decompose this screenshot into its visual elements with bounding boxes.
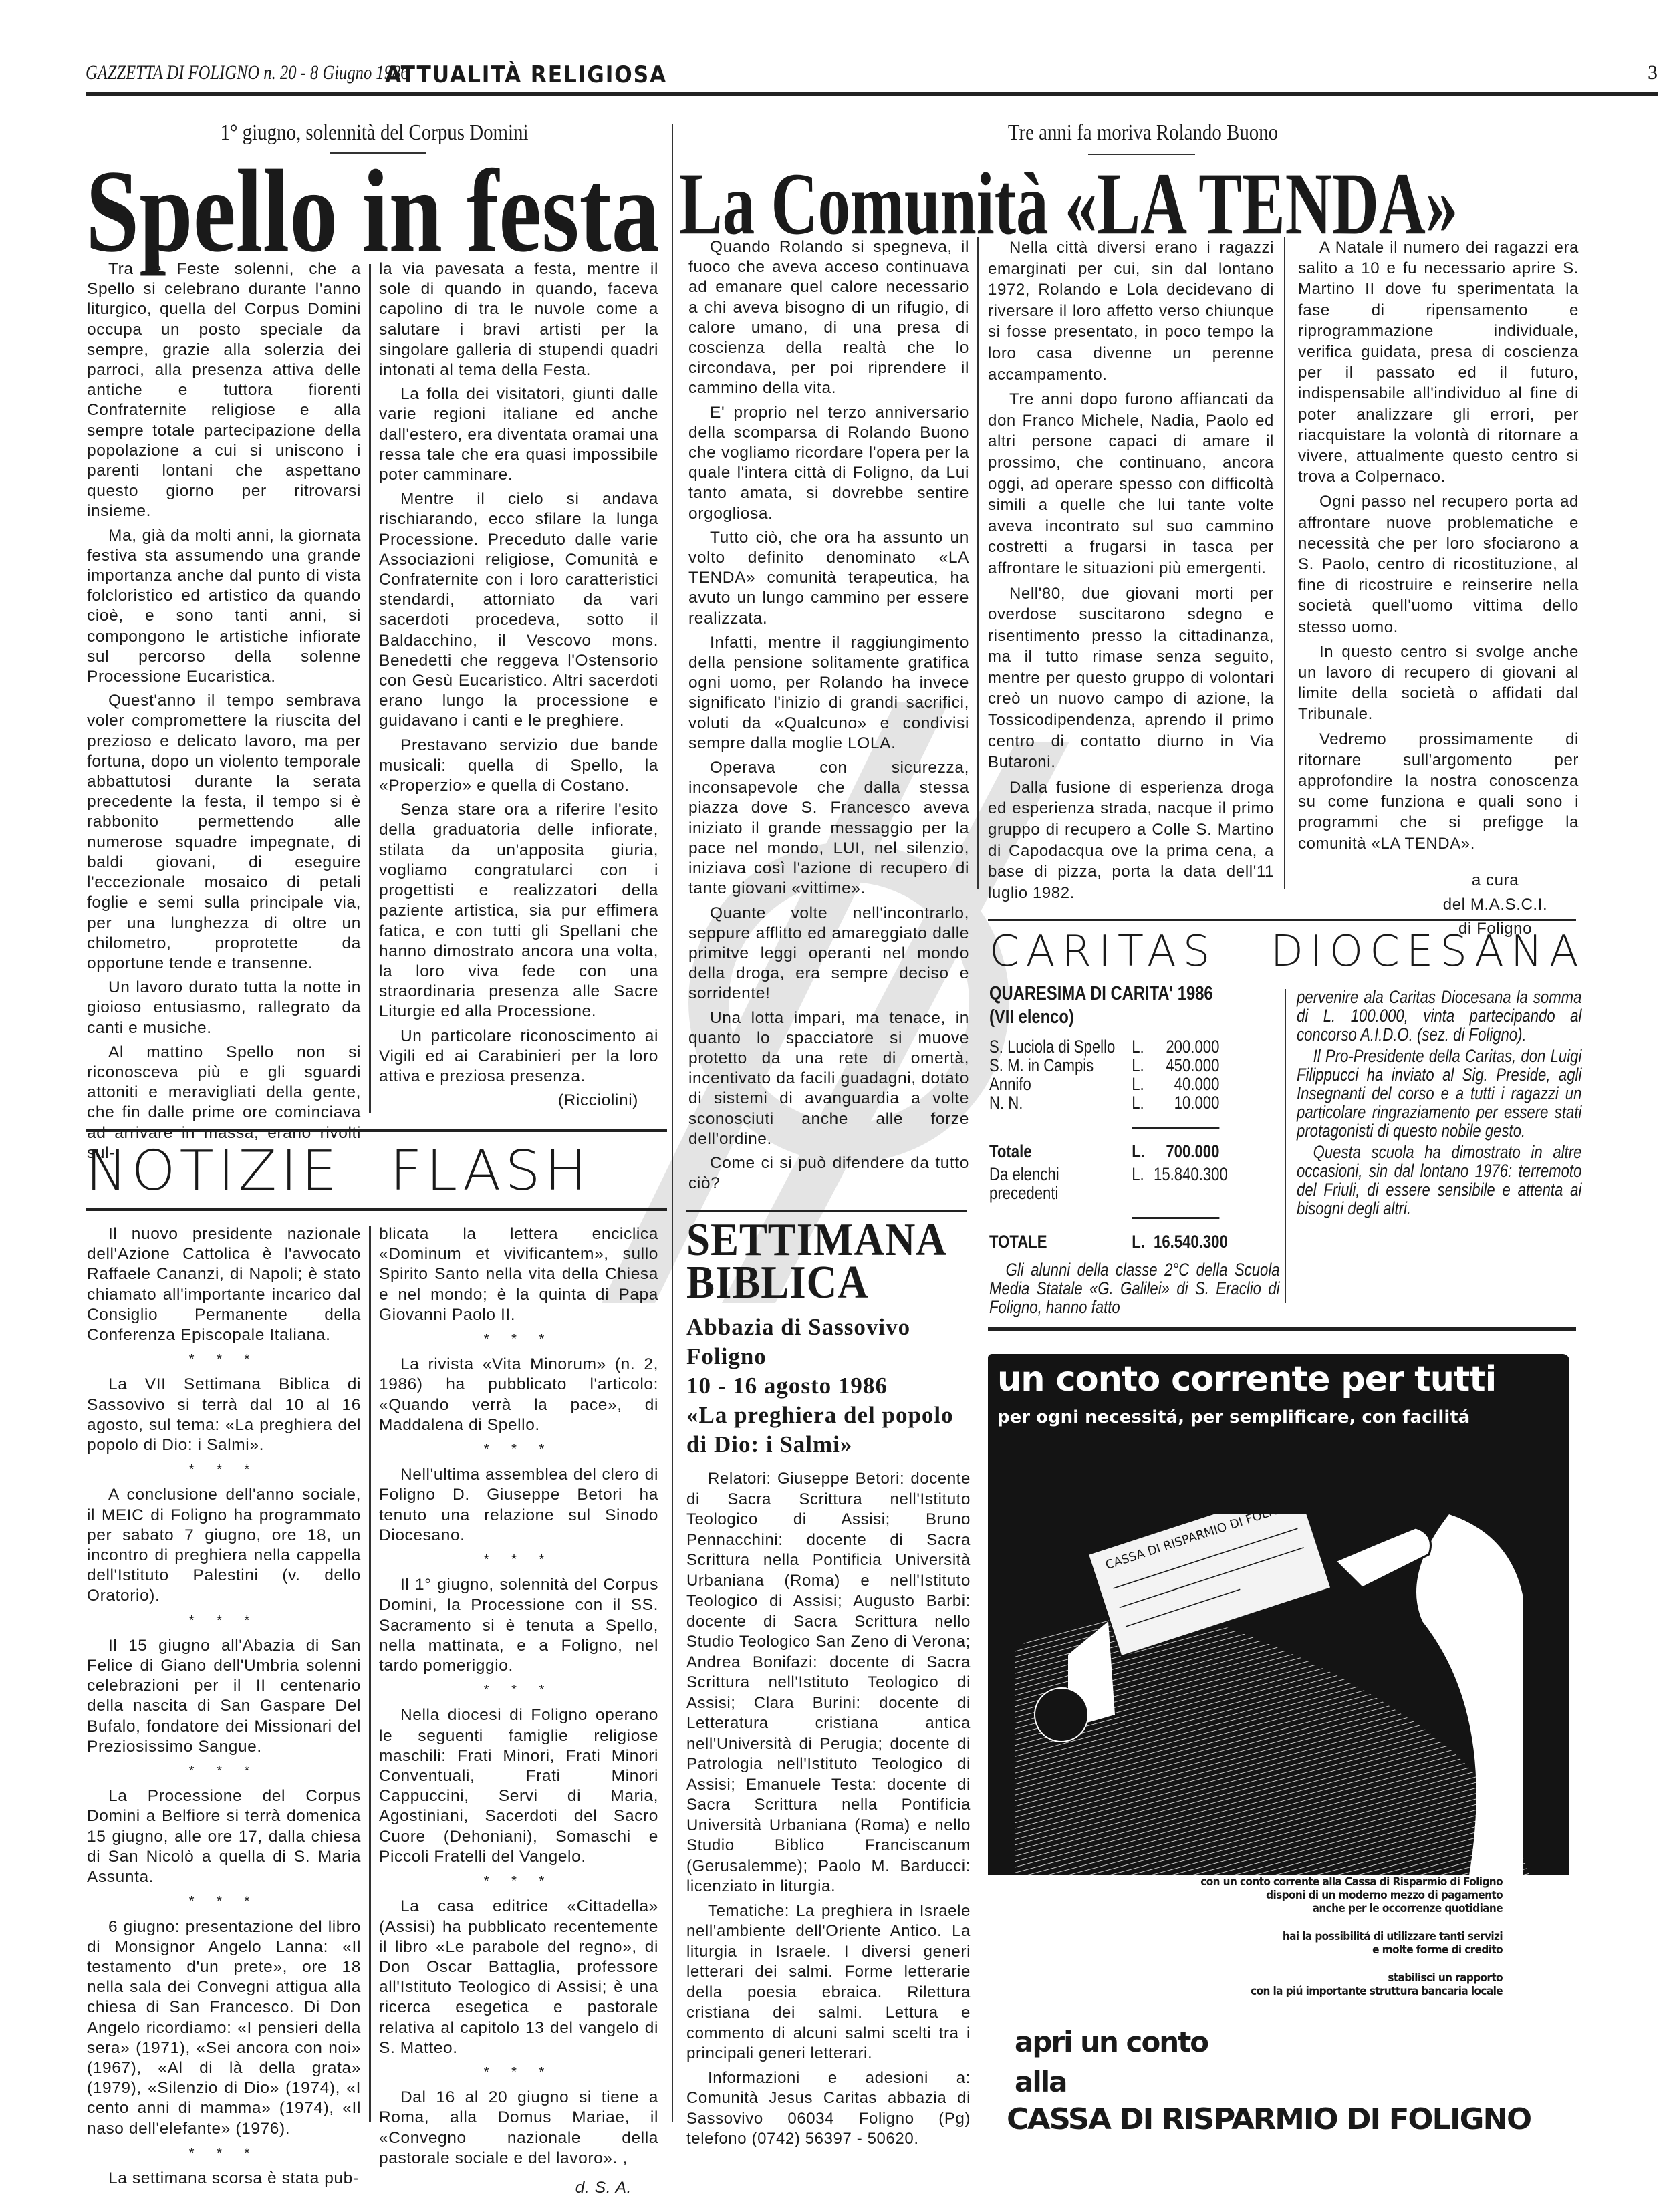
author-signature: (Ricciolini) — [379, 1091, 658, 1111]
separator: * * * — [379, 1871, 658, 1891]
tenda-headline: La Comunità «LA TENDA» — [679, 160, 1458, 249]
paragraph: Un lavoro durato tutta la notte in gioio… — [87, 978, 361, 1039]
news-item: La settimana scorsa è stata pub- — [87, 2169, 361, 2189]
bank-advertisement: un conto corrente per tutti per ogni nec… — [988, 1354, 1569, 1875]
table-row: S. Luciola di SpelloL.200.000 — [989, 1037, 1274, 1056]
ad-blurb-line: anche per le occorrenze quotidiane — [1200, 1902, 1503, 1915]
separator: * * * — [87, 1761, 361, 1781]
sum-rule — [1132, 1127, 1219, 1129]
spello-headline: Spello in festa — [86, 152, 660, 270]
biblica-body: Relatori: Giuseppe Betori: docente di Sa… — [686, 1469, 971, 2150]
paragraph: Quest'anno il tempo sembrava voler compr… — [87, 691, 361, 974]
news-item: Il 15 giugno all'Abazia di San Felice di… — [87, 1636, 361, 1757]
news-item: Il 1° giugno, solennità del Corpus Domin… — [379, 1575, 658, 1676]
paragraph: Mentre il cielo si andava rischiarando, … — [379, 489, 658, 731]
settimana-biblica-box: SETTIMANA BIBLICA Abbazia di Sassovivo F… — [686, 1220, 971, 2154]
biblica-title-line: BIBLICA — [686, 1263, 942, 1303]
tenda-column-1: Quando Rolando si spegneva, il fuoco che… — [688, 237, 969, 1198]
paragraph: Quando Rolando si spegneva, il fuoco che… — [688, 237, 969, 399]
section-rule — [988, 919, 1576, 921]
publication-info: GAZZETTA DI FOLIGNO n. 20 - 8 Giugno 198… — [86, 61, 409, 84]
flash-column-1: Il nuovo presidente nazionale dell'Azion… — [87, 1224, 361, 2193]
paragraph: Dalla fusione di esperienza droga ed esp… — [988, 777, 1274, 904]
table-row: S. M. in CampisL.450.000 — [989, 1056, 1274, 1075]
flash-column-2: blicata la lettera enciclica «Dominum et… — [379, 1224, 658, 2202]
caritas-title: CARITAS DIOCESANA — [989, 930, 1585, 973]
news-item: La Processione del Corpus Domini a Belfi… — [87, 1786, 361, 1887]
column-divider — [672, 124, 673, 1133]
column-divider — [369, 1226, 371, 2122]
signature-line: a cura — [1412, 869, 1579, 893]
tenda-column-2: Nella città diversi erano i ragazzi emar… — [988, 237, 1274, 908]
ad-cta: alla — [1015, 2066, 1066, 2098]
table-row: AnnifoL.40.000 — [989, 1075, 1274, 1093]
biblica-details: Abbazia di Sassovivo Foligno 10 - 16 ago… — [686, 1312, 971, 1460]
news-item: blicata la lettera enciclica «Dominum et… — [379, 1224, 658, 1325]
separator: * * * — [87, 1460, 361, 1480]
paragraph: Senza stare ora a riferire l'esito della… — [379, 800, 658, 1022]
separator: * * * — [87, 1611, 361, 1631]
caritas-note-start: Gli alunni della classe 2°C della Scuola… — [989, 1260, 1280, 1317]
paragraph: A Natale il numero dei ragazzi era salit… — [1298, 237, 1579, 487]
separator: * * * — [379, 1329, 658, 1349]
news-item: 6 giugno: presentazione del libro di Mon… — [87, 1917, 361, 2139]
news-item: La casa editrice «Cittadella» (Assisi) h… — [379, 1897, 658, 2058]
ad-blurb-line: disponi di un moderno mezzo di pagamento — [1200, 1889, 1503, 1902]
caritas-donations: QUARESIMA DI CARITA' 1986 (VII elenco) S… — [989, 982, 1283, 1317]
spello-column-2: la via pavesata a festa, mentre il sole … — [379, 259, 658, 1115]
section-rule — [86, 1129, 667, 1132]
paragraph: Ogni passo nel recupero porta ad affront… — [1298, 491, 1579, 637]
separator: * * * — [87, 1891, 361, 1911]
caritas-note-continued: pervenire ala Caritas Diocesana la somma… — [1297, 988, 1581, 1218]
ad-blurb-line: e molte forme di credito — [1200, 1943, 1503, 1957]
bank-name: CASSA DI RISPARMIO DI FOLIGNO — [1007, 2102, 1531, 2136]
separator: * * * — [87, 1349, 361, 1369]
paragraph: Ma, già da molti anni, la giornata festi… — [87, 526, 361, 688]
paragraph: Una lotta impari, ma tenace, in quanto l… — [688, 1008, 969, 1149]
column-divider — [672, 1133, 673, 2122]
paragraph: Relatori: Giuseppe Betori: docente di Sa… — [686, 1469, 971, 1897]
paragraph: Operava con sicurezza, inconsapevole che… — [688, 758, 969, 899]
separator: * * * — [87, 2143, 361, 2163]
section-rule — [686, 1210, 967, 1212]
masthead: GAZZETTA DI FOLIGNO n. 20 - 8 Giugno 198… — [86, 61, 1658, 96]
notizie-flash-title: NOTIZIE FLASH — [86, 1144, 591, 1199]
ad-footer: con un conto corrente alla Cassa di Risp… — [988, 1875, 1576, 2129]
paragraph: In questo centro si svolge anche un lavo… — [1298, 642, 1579, 725]
ad-blurb-line: stabilisci un rapporto — [1200, 1971, 1503, 1985]
paragraph: Tematiche: La preghiera in Israele nell'… — [686, 1901, 971, 2064]
separator: * * * — [379, 1550, 658, 1570]
caritas-list-label: (VII elenco) — [989, 1005, 1231, 1029]
news-item: La VII Settimana Biblica di Sassovivo si… — [87, 1375, 361, 1456]
paragraph: Tutto ciò, che ora ha assunto un volto d… — [688, 528, 969, 629]
paragraph: Il Pro-Presidente della Caritas, don Lui… — [1297, 1047, 1581, 1140]
section-rule — [86, 1208, 667, 1211]
paragraph: Tra le Feste solenni, che a Spello si ce… — [87, 259, 361, 522]
ad-cta: apri un conto — [1015, 2026, 1208, 2058]
tenda-column-3: A Natale il numero dei ragazzi era salit… — [1298, 237, 1579, 941]
page-number: 3 — [1648, 61, 1658, 84]
biblica-city: Foligno — [686, 1342, 971, 1371]
paragraph: la via pavesata a festa, mentre il sole … — [379, 259, 658, 380]
paragraph: Un particolare riconoscimento ai Vigili … — [379, 1026, 658, 1087]
sum-rule — [1132, 1217, 1219, 1219]
ad-blurb-line: con un conto corrente alla Cassa di Risp… — [1200, 1875, 1503, 1889]
column-divider — [1284, 237, 1285, 889]
caritas-subtitle: QUARESIMA DI CARITA' 1986 — [989, 982, 1231, 1005]
spello-kicker: 1° giugno, solennità del Corpus Domini — [130, 120, 619, 146]
separator: * * * — [379, 1680, 658, 1700]
section-rule — [988, 1327, 1576, 1331]
separator: * * * — [379, 2062, 658, 2082]
paragraph: Nell'80, due giovani morti per overdose … — [988, 583, 1274, 773]
total-row: TOTALEL.16.540.300 — [989, 1232, 1274, 1251]
paragraph: E' proprio nel terzo anniversario della … — [688, 403, 969, 524]
paragraph: pervenire ala Caritas Diocesana la somma… — [1297, 988, 1581, 1044]
ad-blurb-line: hai la possibilitá di utilizzare tanti s… — [1200, 1930, 1503, 1943]
table-row: N. N.L.10.000 — [989, 1093, 1274, 1112]
news-item: Il nuovo presidente nazionale dell'Azion… — [87, 1224, 361, 1345]
spello-column-1: Tra le Feste solenni, che a Spello si ce… — [87, 259, 361, 1167]
previous-row: Da elenchi precedentiL.15.840.300 — [989, 1165, 1274, 1202]
biblica-place: Abbazia di Sassovivo — [686, 1312, 971, 1342]
news-item: A conclusione dell'anno sociale, il MEIC… — [87, 1485, 361, 1606]
ad-headline: un conto corrente per tutti — [997, 1359, 1496, 1399]
biblica-title-line: SETTIMANA — [686, 1220, 942, 1260]
section-title: ATTUALITÀ RELIGIOSA — [385, 61, 667, 88]
paragraph: Nella città diversi erano i ragazzi emar… — [988, 237, 1274, 385]
news-item: Dal 16 al 20 giugno si tiene a Roma, all… — [379, 2088, 658, 2169]
paragraph: La folla dei visitatori, giunti dalle va… — [379, 384, 658, 485]
paragraph: Prestavano servizio due bande musicali: … — [379, 736, 658, 797]
paragraph: Tre anni dopo furono affiancati da don F… — [988, 389, 1274, 579]
paragraph: Informazioni e adesioni a: Comunità Jesu… — [686, 2068, 971, 2150]
column-divider — [1285, 989, 1286, 1303]
biblica-theme: «La preghiera del popolo di Dio: i Salmi… — [686, 1401, 971, 1460]
signature-line: del M.A.S.C.I. — [1412, 893, 1579, 917]
biblica-dates: 10 - 16 agosto 1986 — [686, 1371, 971, 1401]
hand-cheque-illustration: CASSA DI RISPARMIO DI FOLIGNO — [988, 1514, 1569, 1875]
paragraph: Quante volte nell'incontrarlo, seppure a… — [688, 904, 969, 1004]
ad-blurb: con un conto corrente alla Cassa di Risp… — [1200, 1875, 1503, 1998]
tenda-kicker: Tre anni fa moriva Rolando Buono — [904, 120, 1382, 146]
paragraph: Questa scuola ha dimostrato in altre occ… — [1297, 1143, 1581, 1218]
author-signature: d. S. A. — [379, 2178, 658, 2198]
ad-subheadline: per ogni necessitá, per semplificare, co… — [997, 1407, 1470, 1427]
news-item: Nell'ultima assemblea del clero di Folig… — [379, 1465, 658, 1546]
paragraph: Vedremo prossimamente di ritornare sull'… — [1298, 729, 1579, 854]
news-item: La rivista «Vita Minorum» (n. 2, 1986) h… — [379, 1355, 658, 1435]
subtotal-row: TotaleL.700.000 — [989, 1142, 1274, 1161]
donation-table: S. Luciola di SpelloL.200.000 S. M. in C… — [989, 1037, 1274, 1251]
column-divider — [369, 264, 371, 1113]
news-item: Nella diocesi di Foligno operano le segu… — [379, 1705, 658, 1867]
separator: * * * — [379, 1439, 658, 1460]
ad-blurb-line: con la piú importante struttura bancaria… — [1200, 1985, 1503, 1998]
paragraph: Come ci si può difendere da tutto ciò? — [688, 1153, 969, 1194]
column-divider — [977, 237, 979, 889]
paragraph: Infatti, mentre il raggiungimento della … — [688, 633, 969, 754]
